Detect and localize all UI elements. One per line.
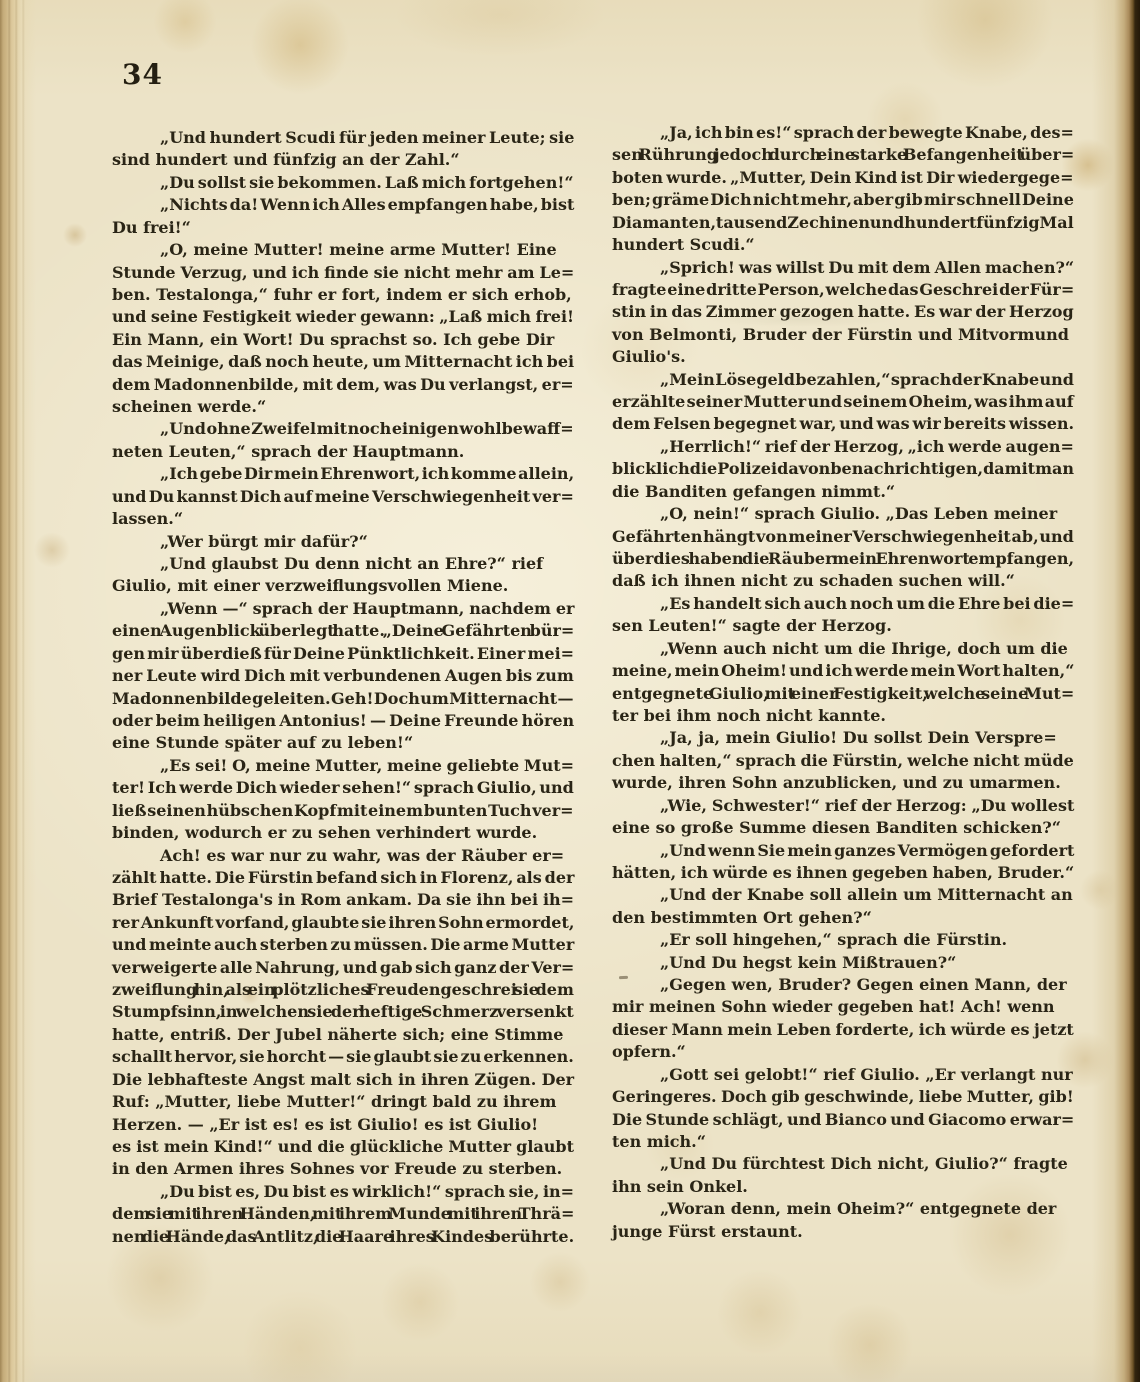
text-line: Stunde Verzug, und ich finde sie nicht m… <box>112 262 574 284</box>
text-line: scheinen werde.“ <box>112 396 574 418</box>
text-line: entgegnete Giulio, mit einer Festigkeit,… <box>612 683 1074 705</box>
text-line: ter! Ich werde Dich wieder sehen!“ sprac… <box>112 777 574 799</box>
text-line: „Herrlich!“ rief der Herzog, „ich werde … <box>612 436 1074 458</box>
text-line: ner Leute wird Dich mit verbundenen Auge… <box>112 665 574 687</box>
text-line: „Du sollst sie bekommen. Laß mich fortge… <box>112 172 574 194</box>
text-line: ließ seinen hübschen Kopf mit einem bunt… <box>112 800 574 822</box>
text-column-right: „Ja, ich bin es!“ sprach der bewegte Kna… <box>612 122 1074 1243</box>
text-line: sind hundert und fünfzig an der Zahl.“ <box>112 149 574 171</box>
text-line: „Er soll hingehen,“ sprach die Fürstin. <box>612 929 1074 951</box>
text-line: „Ich gebe Dir mein Ehrenwort, ich komme … <box>112 463 574 485</box>
text-line: „Und hundert Scudi für jeden meiner Leut… <box>112 127 574 149</box>
text-line: Die Stunde schlägt, und Bianco und Giaco… <box>612 1109 1074 1131</box>
text-line: und seine Festigkeit wieder gewann: „Laß… <box>112 306 574 328</box>
text-line: „Es sei! O, meine Mutter, meine geliebte… <box>112 755 574 777</box>
text-line: junge Fürst erstaunt. <box>612 1221 1074 1243</box>
text-line: „Es handelt sich auch noch um die Ehre b… <box>612 593 1074 615</box>
text-line: lassen.“ <box>112 508 574 530</box>
text-line: Brief Testalonga's in Rom ankam. Da sie … <box>112 889 574 911</box>
text-line: von Belmonti, Bruder der Fürstin und Mit… <box>612 324 1074 346</box>
text-line: „Sprich! was willst Du mit dem Allen mac… <box>612 257 1074 279</box>
text-line: Ach! es war nur zu wahr, was der Räuber … <box>112 845 574 867</box>
text-line: gen mir überdieß für Deine Pünktlichkeit… <box>112 643 574 665</box>
text-line: „O, meine Mutter! meine arme Mutter! Ein… <box>112 239 574 261</box>
text-line: und Du kannst Dich auf meine Verschwiege… <box>112 486 574 508</box>
text-line: schallt hervor, sie horcht — sie glaubt … <box>112 1046 574 1068</box>
text-line: Geringeres. Doch gib geschwinde, liebe M… <box>612 1086 1074 1108</box>
text-line: „Und der Knabe soll allein um Mitternach… <box>612 884 1074 906</box>
text-line: Stumpfsinn, in welchen sie der heftige S… <box>112 1001 574 1023</box>
text-line: Diamanten, tausend Zechinen und hundert … <box>612 212 1074 234</box>
text-line: meine, mein Oheim! und ich werde mein Wo… <box>612 660 1074 682</box>
text-line: „Woran denn, mein Oheim?“ entgegnete der <box>612 1198 1074 1220</box>
text-line: Madonnenbilde geleiten. Geh! Doch um Mit… <box>112 688 574 710</box>
text-line: opfern.“ <box>612 1041 1074 1063</box>
text-line: daß ich ihnen nicht zu schaden suchen wi… <box>612 570 1074 592</box>
text-line: es ist mein Kind!“ und die glückliche Mu… <box>112 1136 574 1158</box>
text-line: rer Ankunft vorfand, glaubte sie ihren S… <box>112 912 574 934</box>
text-line: Du frei!“ <box>112 217 574 239</box>
text-line: wurde, ihren Sohn anzublicken, und zu um… <box>612 772 1074 794</box>
text-line: „Wenn —“ sprach der Hauptmann, nachdem e… <box>112 598 574 620</box>
text-line: zählt hatte. Die Fürstin befand sich in … <box>112 867 574 889</box>
text-line: den bestimmten Ort gehen?“ <box>612 907 1074 929</box>
text-line: zweiflung hin, als ein plötzliches Freud… <box>112 979 574 1001</box>
text-line: ben; gräme Dich nicht mehr, aber gib mir… <box>612 189 1074 211</box>
text-line: „Und glaubst Du denn nicht an Ehre?“ rie… <box>112 553 574 575</box>
text-line: die Banditen gefangen nimmt.“ <box>612 481 1074 503</box>
text-line: blicklich die Polizei davon benachrichti… <box>612 458 1074 480</box>
text-line: „Ja, ja, mein Giulio! Du sollst Dein Ver… <box>612 727 1074 749</box>
print-artifact-dash <box>619 976 628 979</box>
text-line: erzählte seiner Mutter und seinem Oheim,… <box>612 391 1074 413</box>
text-line: „Gegen wen, Bruder? Gegen einen Mann, de… <box>612 974 1074 996</box>
text-line: eine so große Summe diesen Banditen schi… <box>612 817 1074 839</box>
book-page-scan: 34 „Und hundert Scudi für jeden meiner L… <box>0 0 1140 1382</box>
text-line: verweigerte alle Nahrung, und gab sich g… <box>112 957 574 979</box>
text-line: „Mein Lösegeld bezahlen,“ sprach der Kna… <box>612 369 1074 391</box>
text-column-left: „Und hundert Scudi für jeden meiner Leut… <box>112 127 574 1248</box>
text-line: überdies haben die Räuber mein Ehrenwort… <box>612 548 1074 570</box>
text-line: „Und ohne Zweifel mit noch einigen wohlb… <box>112 418 574 440</box>
text-line: chen halten,“ sprach die Fürstin, welche… <box>612 750 1074 772</box>
text-line: „Wenn auch nicht um die Ihrige, doch um … <box>612 638 1074 660</box>
text-line: neten Leuten,“ sprach der Hauptmann. <box>112 441 574 463</box>
page-left-edge <box>0 0 36 1382</box>
text-line: und meinte auch sterben zu müssen. Die a… <box>112 934 574 956</box>
text-line: dem Madonnenbilde, mit dem, was Du verla… <box>112 374 574 396</box>
text-line: sen Leuten!“ sagte der Herzog. <box>612 615 1074 637</box>
text-line: „Wie, Schwester!“ rief der Herzog: „Du w… <box>612 795 1074 817</box>
text-line: Ein Mann, ein Wort! Du sprachst so. Ich … <box>112 329 574 351</box>
text-line: stin in das Zimmer gezogen hatte. Es war… <box>612 301 1074 323</box>
text-line: „Und wenn Sie mein ganzes Vermögen gefor… <box>612 840 1074 862</box>
text-line: „Du bist es, Du bist es wirklich!“ sprac… <box>112 1181 574 1203</box>
text-line: oder beim heiligen Antonius! — Deine Fre… <box>112 710 574 732</box>
text-line: „Und Du fürchtest Dich nicht, Giulio?“ f… <box>612 1153 1074 1175</box>
text-line: Gefährten hängt von meiner Verschwiegenh… <box>612 526 1074 548</box>
text-line: Herzen. — „Er ist es! es ist Giulio! es … <box>112 1114 574 1136</box>
text-line: ben. Testalonga,“ fuhr er fort, indem er… <box>112 284 574 306</box>
text-line: in den Armen ihres Sohnes vor Freude zu … <box>112 1158 574 1180</box>
text-line: dieser Mann mein Leben forderte, ich wür… <box>612 1019 1074 1041</box>
page-number: 34 <box>122 58 163 91</box>
text-line: nen die Hände, das Antlitz, die Haare ih… <box>112 1226 574 1248</box>
text-line: Giulio's. <box>612 346 1074 368</box>
text-line: ihn sein Onkel. <box>612 1176 1074 1198</box>
text-line: hatte, entriß. Der Jubel näherte sich; e… <box>112 1024 574 1046</box>
text-line: mir meinen Sohn wieder gegeben hat! Ach!… <box>612 996 1074 1018</box>
text-line: „Nichts da! Wenn ich Alles empfangen hab… <box>112 194 574 216</box>
text-line: Giulio, mit einer verzweiflungsvollen Mi… <box>112 575 574 597</box>
text-line: „Wer bürgt mir dafür?“ <box>112 531 574 553</box>
text-line: das Meinige, daß noch heute, um Mitterna… <box>112 351 574 373</box>
text-line: dem sie mit ihren Händen, mit ihrem Mund… <box>112 1203 574 1225</box>
text-line: Die lebhafteste Angst malt sich in ihren… <box>112 1069 574 1091</box>
text-line: dem Felsen begegnet war, und was wir ber… <box>612 413 1074 435</box>
text-line: „Und Du hegst kein Mißtrauen?“ <box>612 952 1074 974</box>
text-line: hundert Scudi.“ <box>612 234 1074 256</box>
text-line: ter bei ihm noch nicht kannte. <box>612 705 1074 727</box>
text-line: „Ja, ich bin es!“ sprach der bewegte Kna… <box>612 122 1074 144</box>
text-line: Ruf: „Mutter, liebe Mutter!“ dringt bald… <box>112 1091 574 1113</box>
page-right-edge <box>1092 0 1140 1382</box>
text-line: ten mich.“ <box>612 1131 1074 1153</box>
text-line: „O, nein!“ sprach Giulio. „Das Leben mei… <box>612 503 1074 525</box>
text-line: boten wurde. „Mutter, Dein Kind ist Dir … <box>612 167 1074 189</box>
text-line: sen Rührung jedoch durch eine starke Bef… <box>612 144 1074 166</box>
text-line: eine Stunde später auf zu leben!“ <box>112 732 574 754</box>
text-line: einen Augenblick überlegt hatte. „Deine … <box>112 620 574 642</box>
text-line: fragte eine dritte Person, welche das Ge… <box>612 279 1074 301</box>
text-line: hätten, ich würde es ihnen gegeben haben… <box>612 862 1074 884</box>
text-line: binden, wodurch er zu sehen verhindert w… <box>112 822 574 844</box>
text-line: „Gott sei gelobt!“ rief Giulio. „Er verl… <box>612 1064 1074 1086</box>
